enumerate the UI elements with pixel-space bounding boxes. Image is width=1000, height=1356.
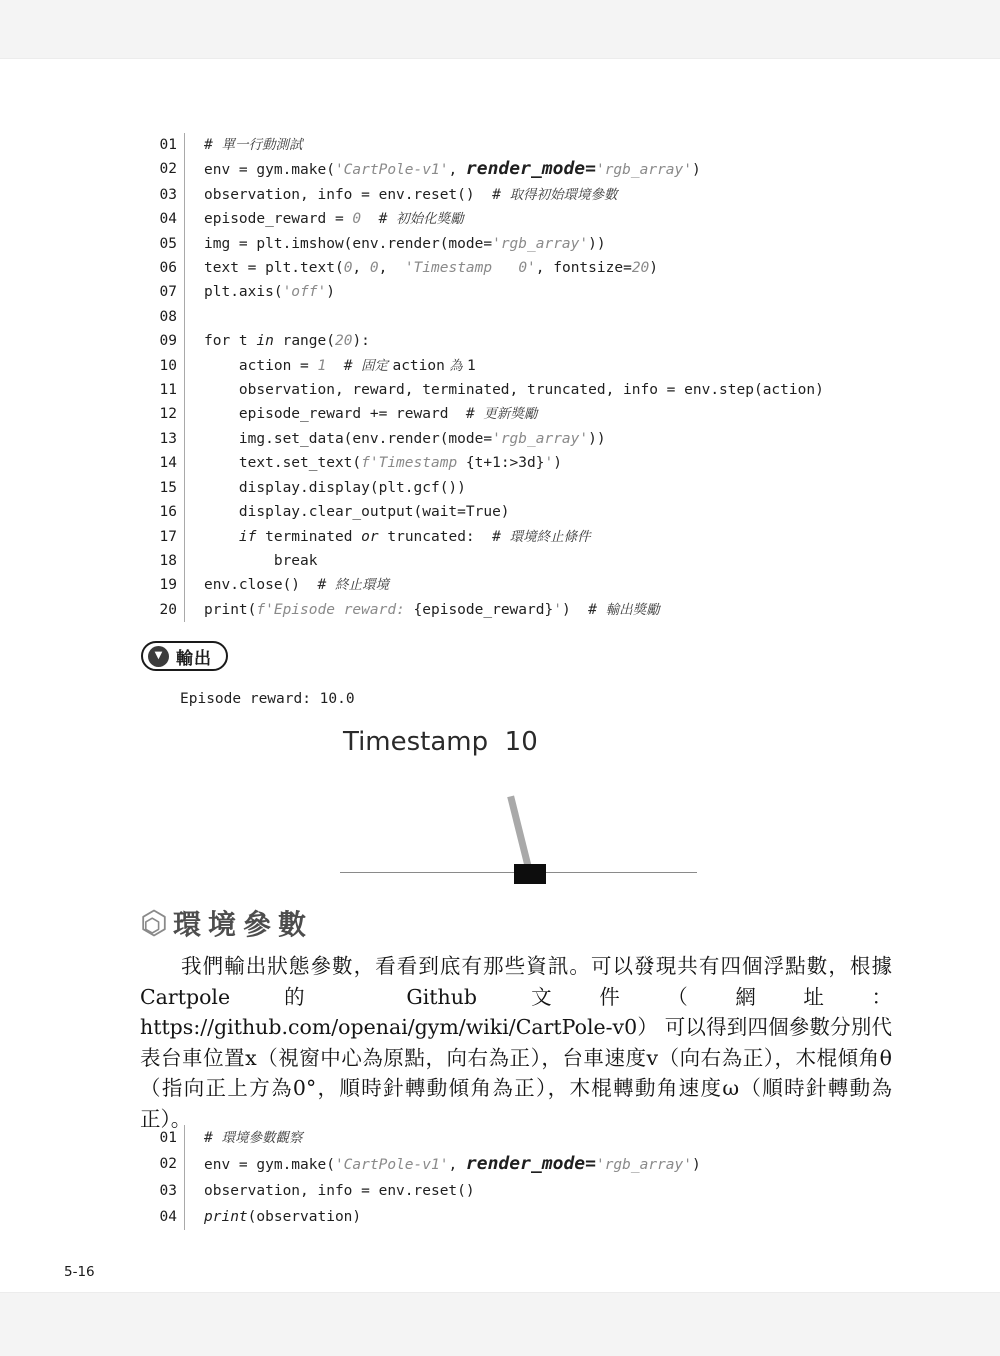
code-line: 12 episode_reward += reward # 更新獎勵: [140, 402, 900, 426]
line-number: 17: [140, 525, 184, 549]
code-text: break: [184, 549, 900, 573]
code-text: if terminated or truncated: # 環境終止條件: [184, 525, 900, 549]
code-text: display.clear_output(wait=True): [184, 500, 900, 524]
pole: [507, 795, 533, 872]
code-line: 15 display.display(plt.gcf()): [140, 476, 900, 500]
code-line: 17 if terminated or truncated: # 環境終止條件: [140, 525, 900, 549]
line-number: 20: [140, 598, 184, 622]
code-text: observation, info = env.reset(): [184, 1178, 900, 1204]
line-number: 06: [140, 256, 184, 280]
code-block-1: 01# 單一行動測試02env = gym.make('CartPole-v1'…: [140, 133, 900, 622]
code-text: plt.axis('off'): [184, 280, 900, 304]
code-text: observation, info = env.reset() # 取得初始環境…: [184, 183, 900, 207]
code-text: for t in range(20):: [184, 329, 900, 353]
line-number: 01: [140, 133, 184, 157]
episode-reward-text: Episode reward: 10.0: [180, 691, 355, 707]
code-text: action = 1 # 固定 action 為 1: [184, 354, 900, 378]
code-line: 14 text.set_text(f'Timestamp {t+1:>3d}'): [140, 451, 900, 475]
code-line: 05img = plt.imshow(env.render(mode='rgb_…: [140, 232, 900, 256]
code-block-2: 01# 環境參數觀察02env = gym.make('CartPole-v1'…: [140, 1125, 900, 1230]
code-line: 09for t in range(20):: [140, 329, 900, 353]
hexagon-icon: [139, 908, 169, 938]
code-text: [184, 305, 900, 329]
code-line: 11 observation, reward, terminated, trun…: [140, 378, 900, 402]
line-number: 18: [140, 549, 184, 573]
code-line: 02env = gym.make('CartPole-v1', render_m…: [140, 157, 900, 182]
code-text: # 環境參數觀察: [184, 1125, 900, 1151]
output-badge: ▼ 輸出: [141, 641, 228, 671]
line-number: 13: [140, 427, 184, 451]
code-text: episode_reward = 0 # 初始化獎勵: [184, 207, 900, 231]
code-line: 03observation, info = env.reset() # 取得初始…: [140, 183, 900, 207]
line-number: 07: [140, 280, 184, 304]
line-number: 02: [140, 157, 184, 182]
code-line: 03observation, info = env.reset(): [140, 1178, 900, 1204]
code-line: 06text = plt.text(0, 0, 'Timestamp 0', f…: [140, 256, 900, 280]
code-text: img.set_data(env.render(mode='rgb_array'…: [184, 427, 900, 451]
line-number: 01: [140, 1125, 184, 1151]
triangle-down-icon: ▼: [148, 646, 169, 667]
code-text: env.close() # 終止環境: [184, 573, 900, 597]
line-number: 08: [140, 305, 184, 329]
line-number: 16: [140, 500, 184, 524]
code-text: print(observation): [184, 1204, 900, 1230]
line-number: 19: [140, 573, 184, 597]
figure-title: Timestamp 10: [343, 727, 538, 757]
code-text: display.display(plt.gcf()): [184, 476, 900, 500]
section-header: 環境參數: [139, 903, 313, 943]
line-number: 12: [140, 402, 184, 426]
line-number: 10: [140, 354, 184, 378]
line-number: 14: [140, 451, 184, 475]
code-line: 04print(observation): [140, 1204, 900, 1230]
code-line: 18 break: [140, 549, 900, 573]
bottom-band: [0, 1292, 1000, 1356]
body-paragraph: 我們輸出狀態參數，看看到底有那些資訊。可以發現共有四個浮點數，根據 Cartpo…: [140, 951, 892, 1135]
code-line: 13 img.set_data(env.render(mode='rgb_arr…: [140, 427, 900, 451]
line-number: 03: [140, 1178, 184, 1204]
line-number: 09: [140, 329, 184, 353]
section-title: 環境參數: [173, 903, 313, 943]
code-line: 16 display.clear_output(wait=True): [140, 500, 900, 524]
code-text: text.set_text(f'Timestamp {t+1:>3d}'): [184, 451, 900, 475]
code-text: text = plt.text(0, 0, 'Timestamp 0', fon…: [184, 256, 900, 280]
page-number: 5-16: [64, 1264, 95, 1280]
code-text: img = plt.imshow(env.render(mode='rgb_ar…: [184, 232, 900, 256]
code-line: 02env = gym.make('CartPole-v1', render_m…: [140, 1151, 900, 1178]
line-number: 04: [140, 207, 184, 231]
code-line: 04episode_reward = 0 # 初始化獎勵: [140, 207, 900, 231]
code-line: 19env.close() # 終止環境: [140, 573, 900, 597]
line-number: 05: [140, 232, 184, 256]
code-text: episode_reward += reward # 更新獎勵: [184, 402, 900, 426]
code-line: 08: [140, 305, 900, 329]
line-number: 15: [140, 476, 184, 500]
code-text: env = gym.make('CartPole-v1', render_mod…: [184, 157, 900, 182]
code-text: env = gym.make('CartPole-v1', render_mod…: [184, 1151, 900, 1178]
code-line: 20print(f'Episode reward: {episode_rewar…: [140, 598, 900, 622]
line-number: 03: [140, 183, 184, 207]
top-band: [0, 0, 1000, 59]
cart: [514, 864, 546, 884]
code-line: 10 action = 1 # 固定 action 為 1: [140, 354, 900, 378]
output-badge-label: 輸出: [176, 644, 212, 669]
line-number: 04: [140, 1204, 184, 1230]
code-text: print(f'Episode reward: {episode_reward}…: [184, 598, 900, 622]
code-line: 01# 單一行動測試: [140, 133, 900, 157]
code-line: 01# 環境參數觀察: [140, 1125, 900, 1151]
line-number: 11: [140, 378, 184, 402]
code-text: # 單一行動測試: [184, 133, 900, 157]
line-number: 02: [140, 1151, 184, 1178]
code-line: 07plt.axis('off'): [140, 280, 900, 304]
book-page: 01# 單一行動測試02env = gym.make('CartPole-v1'…: [0, 0, 1000, 1356]
code-text: observation, reward, terminated, truncat…: [184, 378, 900, 402]
